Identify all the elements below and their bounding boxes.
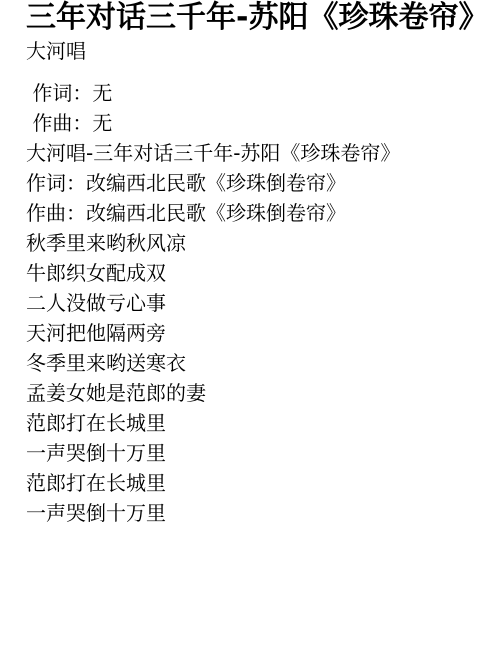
lyric-line: 作曲：改编西北民歌《珍珠倒卷帘》 — [26, 198, 494, 228]
lyric-line: 孟姜女她是范郎的妻 — [26, 378, 494, 408]
lyrics-page: 三年对话三千年-苏阳《珍珠卷帘》 大河唱 作词：无 作曲：无大河唱-三年对话三千… — [0, 0, 500, 670]
lyric-line: 作曲：无 — [26, 108, 494, 138]
lyric-line: 作词：改编西北民歌《珍珠倒卷帘》 — [26, 168, 494, 198]
lyric-line: 大河唱-三年对话三千年-苏阳《珍珠卷帘》 — [26, 138, 494, 168]
lyric-line: 一声哭倒十万里 — [26, 498, 494, 528]
lyric-line: 作词：无 — [26, 78, 494, 108]
lyric-line: 二人没做亏心事 — [26, 288, 494, 318]
artist-subtitle: 大河唱 — [26, 36, 494, 66]
lyric-line: 冬季里来哟送寒衣 — [26, 348, 494, 378]
page-title: 三年对话三千年-苏阳《珍珠卷帘》 — [26, 0, 494, 36]
lyrics-block: 作词：无 作曲：无大河唱-三年对话三千年-苏阳《珍珠卷帘》作词：改编西北民歌《珍… — [26, 78, 494, 528]
lyric-line: 一声哭倒十万里 — [26, 438, 494, 468]
lyric-line: 牛郎织女配成双 — [26, 258, 494, 288]
lyric-line: 天河把他隔两旁 — [26, 318, 494, 348]
lyric-line: 范郎打在长城里 — [26, 408, 494, 438]
lyric-line: 秋季里来哟秋风凉 — [26, 228, 494, 258]
lyric-line: 范郎打在长城里 — [26, 468, 494, 498]
